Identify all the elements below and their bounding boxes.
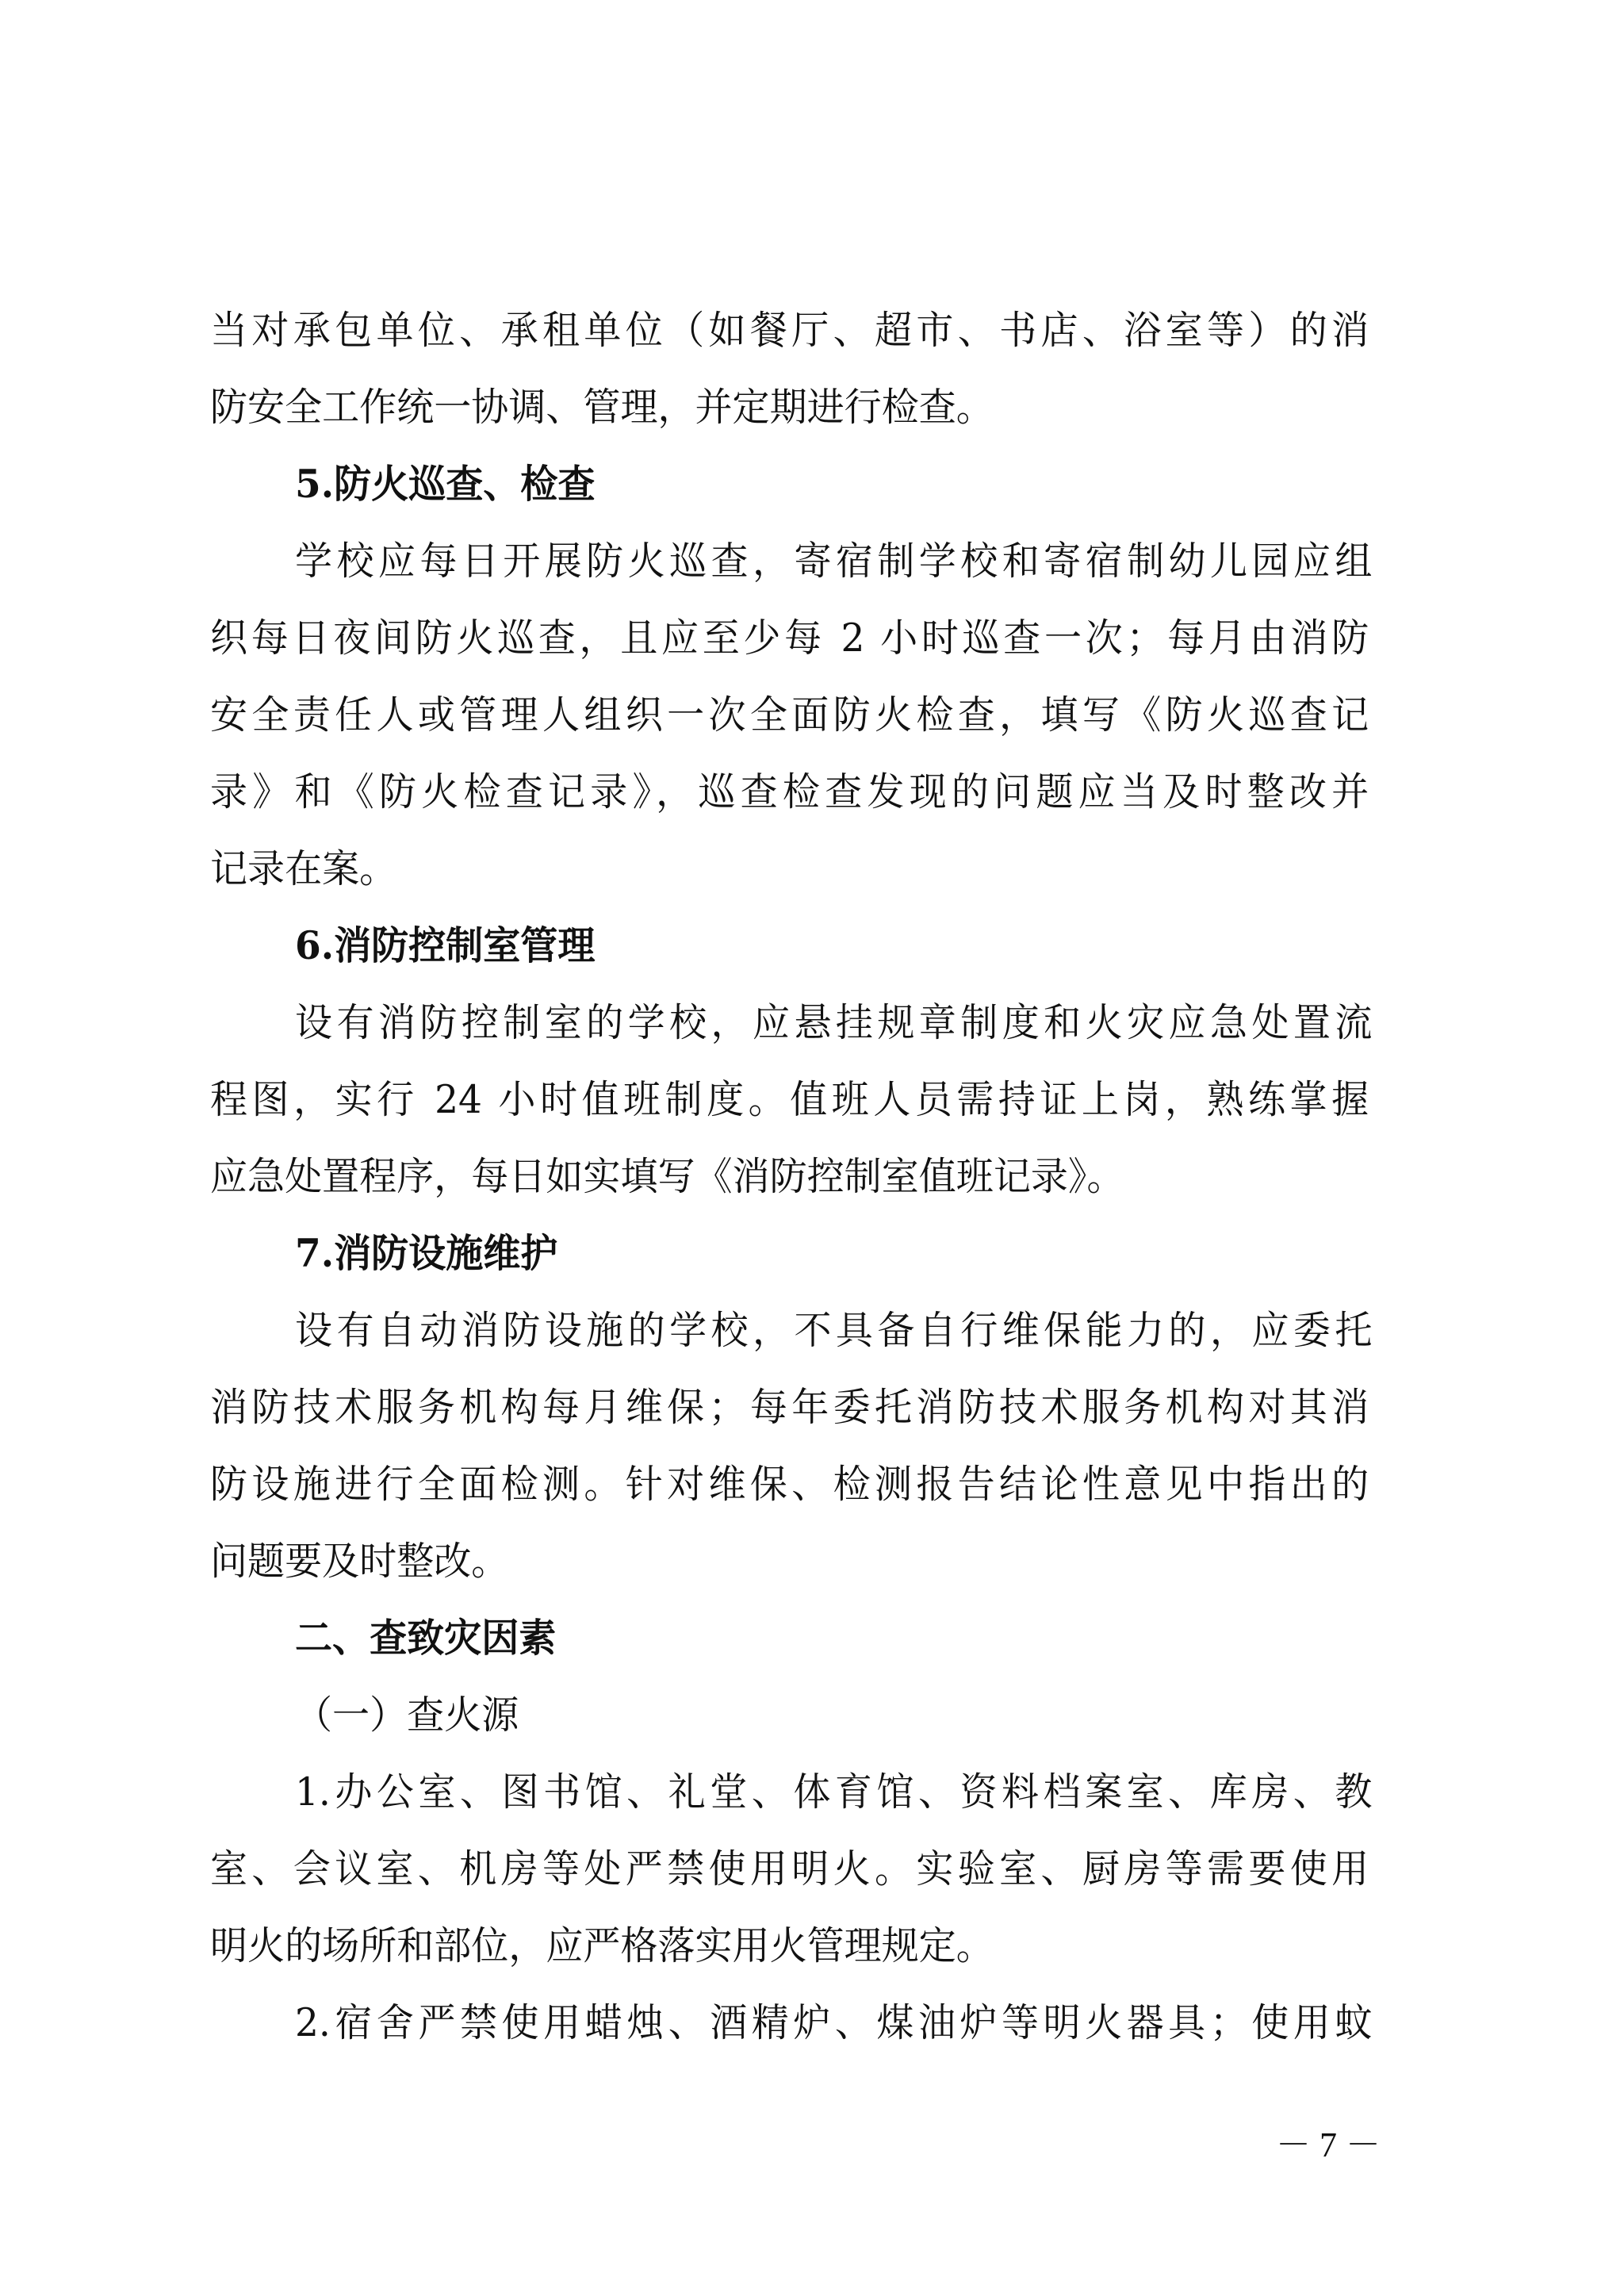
paragraph-line: 当对承包单位、承租单位（如餐厅、超市、书店、浴室等）的消 xyxy=(210,292,1369,369)
paragraph-line: 织每日夜间防火巡查，且应至少每 2 小时巡查一次；每月由消防 xyxy=(210,600,1369,677)
paragraph-line: 应急处置程序，每日如实填写《消防控制室值班记录》。 xyxy=(210,1138,1369,1215)
paragraph-line: 防安全工作统一协调、管理，并定期进行检查。 xyxy=(210,369,1369,446)
paragraph-line: 安全责任人或管理人组织一次全面防火检查，填写《防火巡查记 xyxy=(210,677,1369,753)
paragraph-line: 消防技术服务机构每月维保；每年委托消防技术服务机构对其消 xyxy=(210,1369,1369,1446)
paragraph-line: 防设施进行全面检测。针对维保、检测报告结论性意见中指出的 xyxy=(210,1446,1369,1523)
paragraph-line: 问题要及时整改。 xyxy=(210,1523,1369,1600)
paragraph-line: 1.办公室、图书馆、礼堂、体育馆、资料档案室、库房、教 xyxy=(295,1754,1372,1830)
paragraph-line: 学校应每日开展防火巡查，寄宿制学校和寄宿制幼儿园应组 xyxy=(295,523,1372,600)
paragraph-line: 2.宿舍严禁使用蜡烛、酒精炉、煤油炉等明火器具；使用蚊 xyxy=(295,1984,1372,2061)
subsection-heading: （一）查火源 xyxy=(295,1677,1372,1754)
section-heading-6: 6.消防控制室管理 xyxy=(295,907,1372,984)
paragraph-line: 记录在案。 xyxy=(210,830,1369,907)
paragraph-line: 室、会议室、机房等处严禁使用明火。实验室、厨房等需要使用 xyxy=(210,1830,1369,1907)
paragraph-line: 录》和《防火检查记录》，巡查检查发现的问题应当及时整改并 xyxy=(210,753,1369,830)
paragraph-line: 设有自动消防设施的学校，不具备自行维保能力的，应委托 xyxy=(295,1292,1372,1369)
paragraph-line: 明火的场所和部位，应严格落实用火管理规定。 xyxy=(210,1907,1369,1984)
section-heading-7: 7.消防设施维护 xyxy=(295,1215,1372,1292)
page-number: － 7 － xyxy=(1269,2116,1388,2167)
paragraph-line: 设有消防控制室的学校，应悬挂规章制度和火灾应急处置流 xyxy=(295,984,1372,1061)
section-heading-5: 5.防火巡查、检查 xyxy=(295,446,1372,523)
chapter-heading: 二、查致灾因素 xyxy=(295,1600,1372,1677)
paragraph-line: 程图，实行 24 小时值班制度。值班人员需持证上岗，熟练掌握 xyxy=(210,1061,1369,1138)
